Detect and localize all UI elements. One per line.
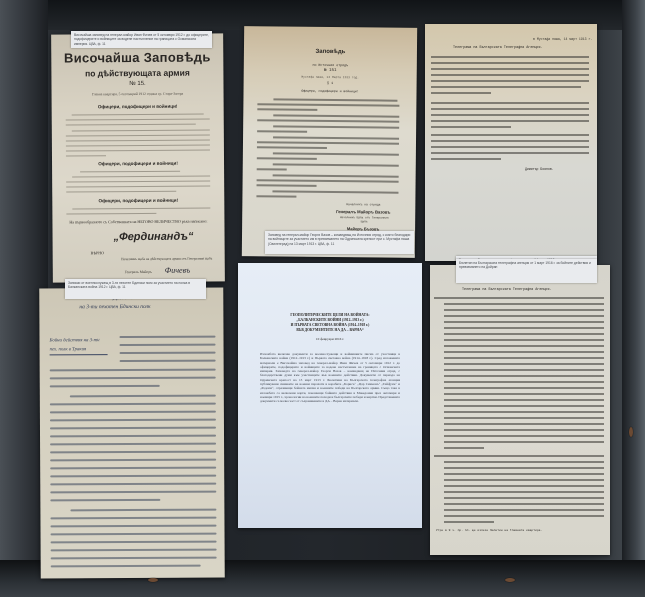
info-panel-title-2: „БАЛКАНСКИТЕ ВОЙНИ (1912–1913 г.) — [238, 318, 422, 322]
eastern-order-subtitle: по Источния отрядъ — [244, 62, 417, 68]
royal-order-signatory-name: Фичевъ — [165, 266, 190, 275]
caption-handwritten-diary: Записки от военнослужещ в 3-ти пехотен Б… — [65, 279, 206, 299]
info-panel-body: Изложбата включва документи за военнослу… — [260, 352, 400, 404]
diary-subtitle: на 3-ти пехотен Бдински полк — [79, 304, 150, 310]
document-eastern-detachment-order: Заповѣдь по Источния отрядъ № 151 Мустаф… — [242, 26, 417, 258]
info-panel-date: 10 февруари 2016 г. — [238, 337, 422, 341]
royal-order-verified: ВѢРНО — [91, 250, 104, 255]
royal-order-heading-1: Офицери, подофицери и войници! — [52, 103, 224, 109]
royal-order-signatory-title: Началникъ щаба на дѣйствующата армия отъ… — [119, 256, 215, 261]
document-telegram-doiran: Телеграма на Българската Телеграфна Аген… — [430, 265, 610, 555]
eastern-order-signature-sub: Началникъ Щаба отъ Генералния Щабъ — [338, 216, 390, 225]
telegram-1-date: в Мустафа паша, 14 март 1913 г. — [533, 37, 592, 41]
display-pin — [505, 578, 515, 582]
info-panel-title-1: ГЕОПОЛИТИЧЕСКИТЕ ЦЕЛИ НА ВОЙНАТА: — [238, 313, 422, 317]
royal-order-number: № 15. — [51, 80, 223, 87]
display-case-scene: Височайша Заповѣдь по дѣйствующата армия… — [0, 0, 645, 597]
royal-order-royal-signature: „Фердинандъ“ — [53, 230, 225, 243]
telegram-1-heading: Телеграма на Българската Телеграфна Аген… — [453, 46, 543, 50]
display-pin — [629, 427, 633, 437]
royal-order-heading-2: Офицери, подофицери и войници! — [52, 160, 224, 166]
document-handwritten-diary: Дневник на 3-ти пехотен Бдински полк Бой… — [39, 288, 225, 579]
info-panel-title-3: И ПЪРВАТА СВЕТОВНА ВОЙНА (1914–1918 г.) — [238, 323, 422, 327]
eastern-order-date: Мустафа паша, 13 Марта 1913 год. — [244, 75, 417, 80]
display-pin — [148, 578, 158, 582]
royal-order-signatory-rank: Генералъ Майоръ — [125, 270, 152, 274]
eastern-order-greeting: Офицери, подофицери и войници! — [244, 88, 417, 94]
eastern-order-title: Заповѣдь — [244, 48, 417, 56]
info-panel-title-4: ВЪВ ДОКУМЕНТИТЕ НА ДА – ВАРНА“ — [238, 328, 422, 332]
case-frame-right — [622, 0, 645, 597]
telegram-2-footer: Утре в 9 ч. пр. пл. ще излезе бюлетин на… — [436, 529, 542, 532]
royal-order-title: Височайша Заповѣдь — [51, 49, 223, 65]
eastern-order-signature-name: Генералъ Майоръ Вазовъ — [322, 209, 404, 215]
caption-royal-order: Височайша заповед на генерал-майор Иван … — [71, 31, 212, 48]
caption-eastern-order: Заповед на генерал-майор Георги Вазов – … — [265, 231, 414, 254]
exhibition-info-panel: ГЕОПОЛИТИЧЕСКИТЕ ЦЕЛИ НА ВОЙНАТА: „БАЛКА… — [238, 263, 422, 528]
document-telegram-adrianople: в Мустафа паша, 14 март 1913 г. Телеграм… — [425, 24, 597, 261]
royal-order-place-date: Главна квартира, 5 октомврий 1912 година… — [52, 91, 224, 96]
royal-order-heading-3: Офицери, подофицери и войници! — [52, 197, 224, 203]
eastern-order-signature-heading: Началникъ на отряда — [328, 203, 398, 207]
telegram-2-heading: Телеграма на Българската Телеграфна Аген… — [462, 288, 552, 292]
caption-telegram-doiran: Бюлетин на Българската телеграфна агенци… — [456, 259, 597, 283]
diary-side-note: Бойни действия на 3-ти пех. полк в Траки… — [49, 336, 107, 355]
telegram-1-signature: Димитър Боянов. — [525, 167, 554, 171]
royal-order-subtitle: по дѣйствующата армия — [51, 67, 223, 78]
eastern-order-number: № 151 — [244, 68, 417, 74]
eastern-order-section: § 1 — [244, 81, 417, 87]
document-royal-order: Височайша Заповѣдь по дѣйствующата армия… — [51, 33, 225, 282]
royal-order-closing-line: На първообразното съ Собственната на НЕГ… — [52, 218, 224, 224]
